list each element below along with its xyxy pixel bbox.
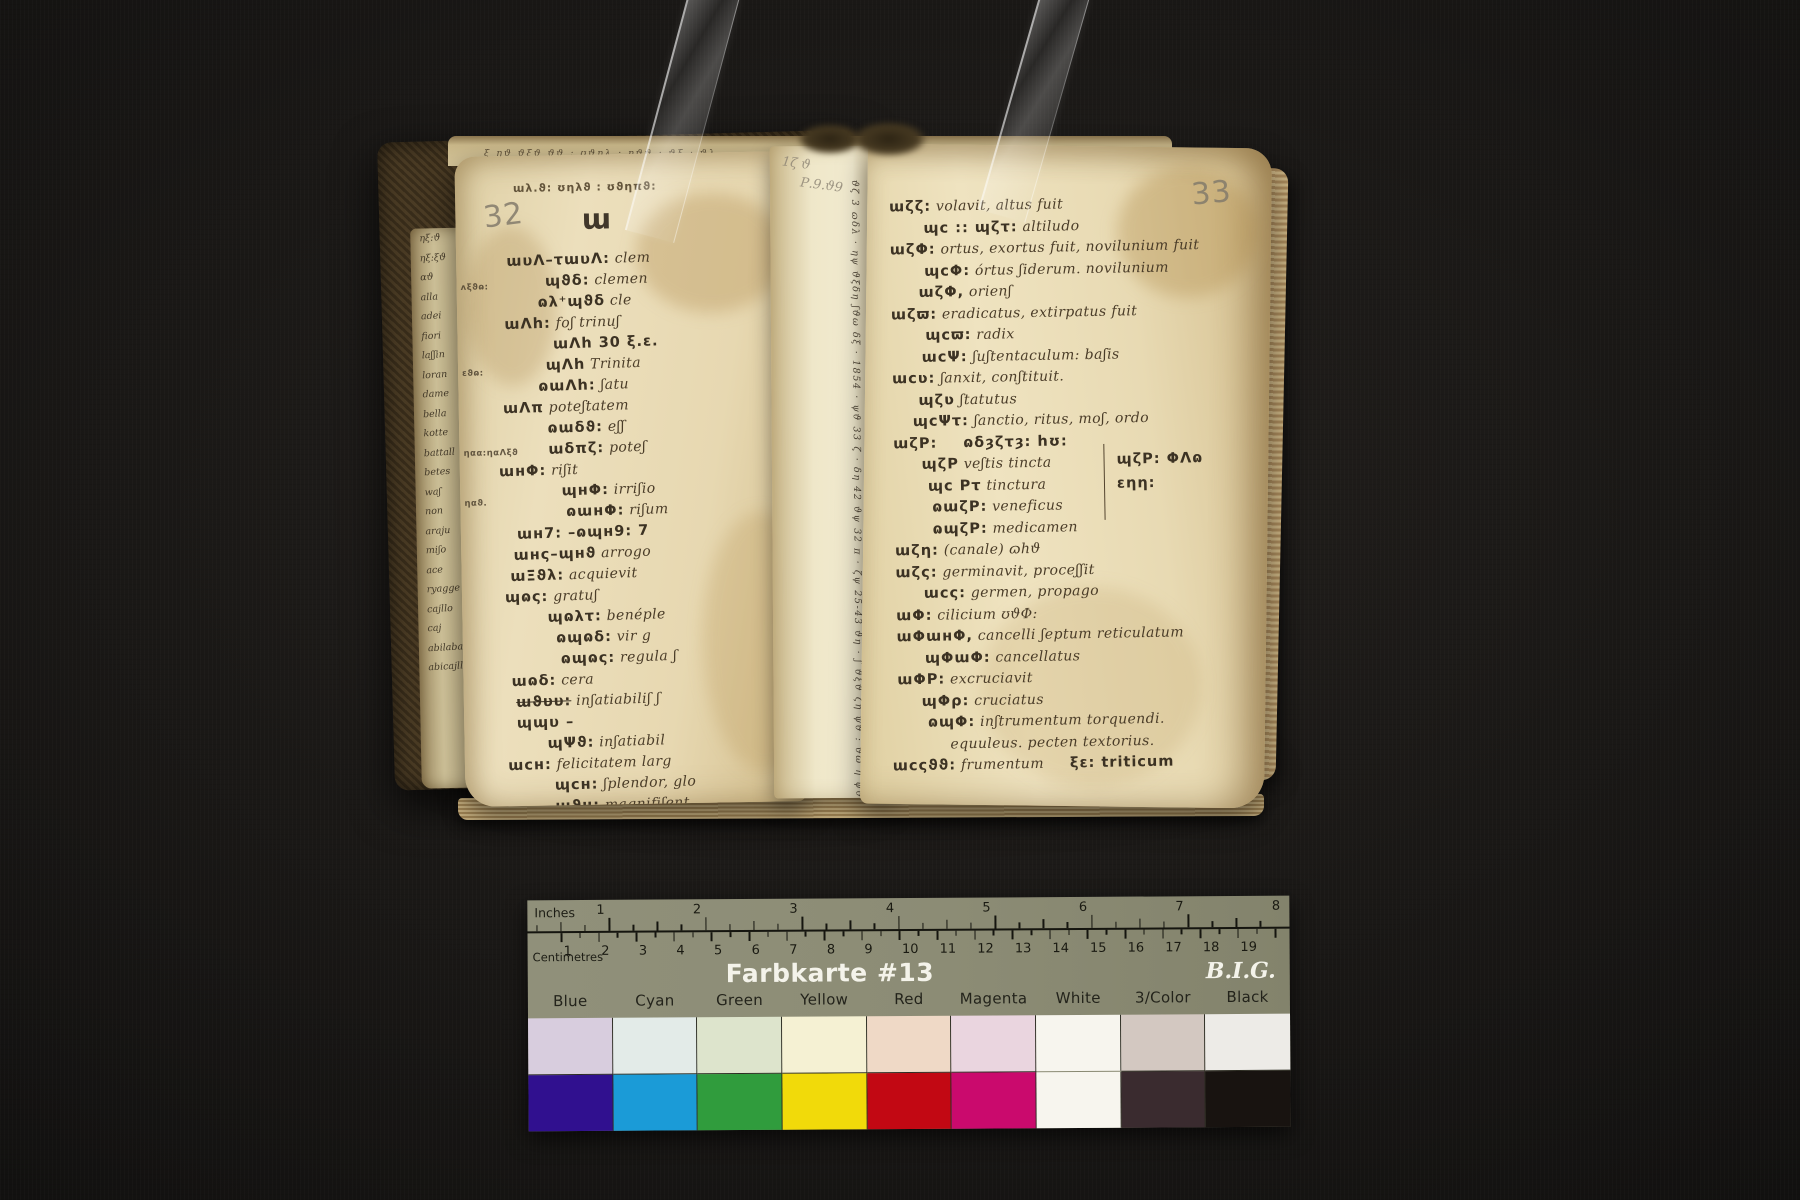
cm-number: 2	[601, 944, 609, 959]
inch-tick	[1115, 922, 1117, 928]
cm-tick	[1124, 930, 1126, 939]
entry-gloss: inʃtrumentum torquendi.	[975, 711, 1165, 730]
entry-gloss: ʃanxit, conʃtituit.	[935, 368, 1064, 386]
swatch-label: Green	[697, 991, 782, 1018]
entry-gloss: germinavit, proceʃʃit	[937, 561, 1094, 580]
cm-tick	[561, 933, 563, 942]
card-title-row: Farbkarte #13 B.I.G.	[528, 962, 1290, 993]
cm-tick	[1068, 930, 1070, 935]
cm-tick	[730, 932, 732, 937]
inch-tick	[753, 921, 755, 930]
entry-gloss: veneficus	[987, 497, 1063, 514]
entry-gloss: tinctura	[981, 476, 1046, 493]
entry-headword: ɯζς:	[895, 564, 937, 581]
entry-headword: ɰΦɯΦ:	[925, 649, 991, 666]
cm-tick	[1162, 929, 1164, 938]
color-swatch	[528, 1075, 613, 1132]
inch-tick	[681, 924, 683, 930]
inch-tick	[801, 917, 803, 930]
right-page-box-note: ɰζΡ: ΦΛɷ εηη:	[1103, 442, 1204, 520]
section-letter: ɯ	[455, 200, 738, 238]
inch-tick	[608, 918, 610, 931]
box-note-line: ɰζΡ: ΦΛɷ	[1116, 450, 1203, 468]
entry-headword: ɷɰɷδ:	[556, 629, 612, 647]
entry-headword: ɯΛh 30 ξ.ε.	[553, 333, 659, 352]
entry-headword: ɯυΛ–τɯυΛ:	[506, 251, 610, 270]
entry-headword: ɷλ⁺ɰϑδ	[537, 293, 605, 311]
inch-number: 6	[1079, 900, 1087, 915]
inch-tick	[584, 925, 586, 931]
entry-gloss: altiludo	[1017, 218, 1079, 235]
entry-headword: ɰϑδ:	[545, 272, 590, 289]
ruler: Inches Centimetres 12345678 123456789101…	[527, 896, 1289, 967]
inch-tick	[1187, 914, 1189, 927]
entry-headword: ɰζΡ	[921, 456, 959, 473]
cm-tick	[1143, 930, 1145, 935]
entry-extra: ξε: triticum	[1070, 754, 1175, 772]
entry-headword: ɯζζ:	[889, 199, 931, 216]
entry-headword: ɯϲΨ:	[922, 349, 968, 366]
color-swatch	[1036, 1015, 1121, 1072]
color-swatch	[782, 1073, 867, 1130]
entry-gloss: arrogo	[596, 544, 651, 562]
inch-tick	[560, 922, 562, 931]
inch-number: 4	[886, 901, 894, 916]
entry-headword: ɷɰΦ:	[928, 714, 975, 731]
cm-tick	[1237, 929, 1239, 938]
cm-number: 15	[1090, 941, 1107, 956]
ruler-baseline	[527, 927, 1289, 934]
entry-headword: ɰɰυ –	[517, 714, 575, 732]
cm-tick	[805, 932, 807, 937]
entry-headword: ɰϲϖ:	[925, 327, 971, 344]
entry-gloss: frumentum	[956, 756, 1044, 774]
entry-headword: ɯʜΦ:	[499, 463, 547, 480]
cm-tick	[955, 931, 957, 936]
swatch-row-tints	[528, 1014, 1290, 1076]
cm-tick	[767, 932, 769, 937]
entry-headword: ɷɰɷς:	[561, 650, 616, 668]
entry-gloss: foʃ trinuʃ	[551, 313, 621, 331]
cm-tick	[1012, 930, 1014, 939]
inch-tick	[536, 925, 538, 931]
inch-tick	[1067, 922, 1069, 928]
color-swatch	[613, 1074, 698, 1131]
entry-gloss: ʃuʃtentaculum: baʃis	[967, 346, 1119, 365]
inch-tick	[657, 922, 659, 931]
entry-headword: ɷɯζΡ:	[932, 499, 987, 516]
entry-gloss: acquievit	[564, 565, 638, 583]
color-swatch	[782, 1016, 867, 1074]
entry-gloss: (canale) ɷhϑ	[939, 541, 1041, 559]
entry-headword: ɰζʋ	[918, 392, 955, 409]
entry-headword: ɰɷλτ:	[547, 608, 602, 626]
color-calibration-card: Inches Centimetres 12345678 123456789101…	[527, 896, 1290, 1132]
inch-number: 3	[789, 902, 797, 917]
inch-tick	[1212, 921, 1214, 927]
cm-tick	[598, 933, 600, 942]
color-swatch	[613, 1017, 698, 1075]
entry-gloss: ortus, exortus fuit, novilunium fuit	[936, 237, 1200, 258]
box-note-line: εηη:	[1117, 475, 1156, 492]
cm-tick	[918, 931, 920, 936]
cm-tick	[748, 932, 750, 941]
entry-headword: ɷɯδϑ:	[547, 419, 603, 437]
entry-gloss: eradicatus, extirpatus fuit	[937, 303, 1137, 322]
inch-number: 5	[982, 900, 990, 915]
entry-headword: ɯζϖ:	[891, 306, 937, 323]
entry-gloss: vir g	[612, 628, 652, 645]
entry-headword: ɯΦɯʜΦ,	[896, 628, 973, 645]
entry-headword: ɯΛh:	[504, 316, 551, 333]
right-page-entries: ɯζζ: volavit, altus fuitɰϲ :: ɰζτ: altil…	[889, 189, 1271, 776]
color-swatch	[1121, 1071, 1206, 1128]
entry-gloss: gratuʃ	[548, 587, 598, 605]
cm-tick	[842, 931, 844, 936]
cm-tick	[1106, 930, 1108, 935]
entry-gloss: equuleus. pecten textorius.	[950, 732, 1154, 752]
entry-gloss: poteʃtatem	[544, 397, 630, 416]
entry-gloss: cera	[556, 671, 594, 688]
entry-headword: ɯϲʋ:	[892, 371, 935, 388]
cm-tick	[1181, 929, 1183, 934]
entry-gloss: riʃum	[624, 501, 669, 518]
cm-number: 12	[977, 941, 994, 956]
entry-gloss: cilicium ʊϑΦ:	[932, 605, 1038, 623]
entry-headword: ɰϲΦ:	[924, 263, 970, 280]
entry-gloss: ʃtatutus	[955, 391, 1018, 408]
swatch-label: Yellow	[782, 990, 867, 1017]
color-swatch	[528, 1018, 613, 1076]
cm-tick	[786, 932, 788, 941]
inch-number: 7	[1175, 899, 1183, 914]
entry-headword: ɰΛh	[545, 357, 585, 374]
inch-scale: 12345678	[527, 896, 1289, 901]
swatch-label: Blue	[528, 992, 613, 1019]
headband-tuft	[852, 122, 926, 156]
cm-number: 6	[752, 943, 760, 958]
swatch-row-solids	[528, 1071, 1290, 1132]
cm-number: 18	[1203, 940, 1220, 955]
cm-tick	[1030, 930, 1032, 935]
inch-tick	[1139, 919, 1141, 928]
entry-headword: ɰϲΨτ:	[913, 413, 969, 430]
inch-number: 8	[1272, 899, 1280, 914]
cm-tick	[936, 931, 938, 940]
cm-number: 1	[564, 944, 572, 959]
cm-number: 16	[1128, 941, 1145, 956]
entry-gloss: ʃanctio, ritus, moʃ, ordo	[969, 410, 1149, 429]
inch-tick	[1019, 922, 1021, 928]
entry-headword: ɯζΡ:	[893, 435, 937, 452]
swatch-label: White	[1036, 989, 1121, 1016]
cm-number: 17	[1165, 940, 1182, 955]
inch-tick	[826, 923, 828, 929]
entry-gloss: poteʃ	[604, 439, 646, 456]
inch-tick	[898, 916, 900, 929]
cm-tick	[1256, 929, 1258, 934]
inch-tick	[1043, 919, 1045, 928]
cm-tick	[655, 933, 657, 938]
inch-tick	[994, 915, 996, 928]
entry-headword: ɯΦ:	[896, 607, 933, 624]
entry-gloss: clem	[610, 250, 651, 267]
entry-headword: ɰϲ Ρτ	[928, 477, 982, 494]
entry-headword: ɷɰζΡ:	[933, 520, 988, 537]
entry-gloss: clemen	[589, 271, 648, 289]
color-swatch	[951, 1015, 1036, 1073]
cm-number: 8	[827, 942, 835, 957]
card-brand: B.I.G.	[1206, 958, 1276, 984]
cm-number: 3	[639, 944, 647, 959]
swatch-label: Black	[1205, 988, 1290, 1015]
entry-headword: ɰϲʜ:	[555, 776, 599, 793]
entry-gloss: germen, propago	[966, 583, 1099, 601]
cm-tick	[993, 930, 995, 935]
inch-tick	[729, 924, 731, 930]
cm-tick	[824, 932, 826, 941]
entry-gloss: orienʃ	[964, 283, 1012, 300]
right-page: 33 ɯζζ: volavit, altus fuitɰϲ :: ɰζτ: al…	[860, 144, 1272, 809]
color-swatch	[697, 1017, 782, 1075]
cm-number: 7	[789, 943, 797, 958]
entry-headword: ɯϲʜ:	[508, 757, 552, 774]
inch-tick	[633, 925, 635, 931]
cm-tick	[861, 931, 863, 940]
entry-gloss: cancelli ʃeptum reticulatum	[973, 624, 1184, 644]
entry-gloss: regula ʃ	[615, 648, 678, 666]
entry-headword: ɯɷδ:	[511, 673, 556, 690]
inch-tick	[850, 920, 852, 929]
entry-gloss: cruciatus	[969, 691, 1044, 708]
cm-tick	[711, 932, 713, 941]
entry-headword: ɯζΦ,	[918, 284, 964, 301]
cm-tick	[880, 931, 882, 936]
left-page-entries: ɯυΛ–τɯυΛ: clemɰϑδ: clemenɷλ⁺ɰϑδ cleɯΛh: …	[492, 241, 806, 807]
entry-gloss: benéple	[602, 606, 666, 624]
entry-headword: ɷɯΛh:	[538, 377, 596, 395]
cm-tick	[692, 932, 694, 937]
entry-gloss: cancellatus	[990, 648, 1080, 666]
color-swatch	[867, 1016, 952, 1074]
inch-tick	[1260, 921, 1262, 927]
inch-tick	[946, 920, 948, 929]
cm-number: 14	[1052, 941, 1069, 956]
entry-gloss: radix	[971, 326, 1015, 343]
entry-gloss: inʃatiabiliʃ ʃ	[571, 690, 660, 709]
entry-headword: ɰΦρ:	[922, 693, 970, 710]
inch-tick	[1163, 921, 1165, 927]
strip-pencil-note: Ρ.9.ϑ9	[799, 175, 843, 196]
color-swatch	[1206, 1071, 1291, 1128]
entry-gloss: medicamen	[988, 519, 1078, 537]
entry-headword: ɰɷς:	[505, 589, 549, 606]
entry-headword: ɯζΦ:	[890, 242, 936, 259]
color-swatch	[867, 1073, 952, 1130]
entry-gloss: inʃatiabil	[594, 732, 665, 750]
entry-headword: ɯΦΡ:	[897, 672, 945, 689]
entry-headword: ɯΞϑλ:	[510, 567, 564, 585]
color-swatch	[952, 1072, 1037, 1129]
strip-pencil-note: 1ζ ϑ	[781, 154, 811, 173]
photo-scene: ξ ηϑ ϑξϑ ϑϑ : ʊϑηλ : ηϑϑ : ϑξ : ϑλ ηξ:ϑη…	[0, 0, 1800, 1200]
color-swatch	[698, 1074, 783, 1131]
inch-tick	[970, 923, 972, 929]
entry-gloss: riʃit	[546, 462, 578, 479]
entry-gloss: ʃplendor, glo	[598, 773, 696, 792]
cm-tick	[899, 931, 901, 940]
inch-tick	[874, 923, 876, 929]
left-page: ɯλ.ϑ: ʊηλϑ : ʊϑηπϑ: 32 ɯ ʌξϑɷ:εϑɷ:ηαα:ηα…	[454, 151, 807, 807]
cm-number: 4	[676, 943, 684, 958]
entry-headword: ɯΛπ	[503, 400, 544, 417]
entry-headword: ɯʜς–ɰʜϑ	[513, 545, 596, 564]
card-title: Farbkarte #13	[726, 958, 935, 988]
cm-tick	[673, 932, 675, 941]
cm-number: 19	[1240, 940, 1257, 955]
cm-number: 5	[714, 943, 722, 958]
entry-gloss: Trinita	[585, 355, 641, 373]
entry-headword: ɷɯʜΦ:	[566, 502, 625, 520]
color-swatch	[1205, 1014, 1290, 1072]
swatch-label: Magenta	[951, 989, 1036, 1016]
color-swatch	[1121, 1014, 1206, 1072]
entry-headword: ɰϲ :: ɰζτ:	[923, 219, 1017, 237]
swatch-label: Cyan	[613, 991, 698, 1018]
entry-gloss: cle	[605, 292, 632, 309]
entry-headword: ɯδπζ:	[548, 440, 604, 458]
entry-gloss: veʃtis tincta	[959, 455, 1052, 473]
cm-tick	[1218, 929, 1220, 934]
entry-headword: ɯϲς:	[924, 585, 966, 602]
entry-headword: ɯϑυυ:	[516, 693, 572, 711]
entry-gloss: órtus ʃiderum. novilunium	[970, 259, 1169, 278]
cm-number: 9	[864, 942, 872, 957]
entry-headword: ɯζη:	[895, 543, 939, 560]
entry-gloss: irriʃio	[609, 480, 656, 497]
inch-tick	[922, 923, 924, 929]
cm-tick	[1275, 929, 1277, 938]
color-swatch	[1036, 1072, 1121, 1129]
entry-gloss: ʃatu	[595, 376, 629, 393]
swatch-label: Red	[867, 990, 952, 1017]
cm-tick	[579, 933, 581, 938]
inch-number: 2	[693, 902, 701, 917]
swatch-label: 3/Color	[1121, 988, 1206, 1015]
inch-tick	[1236, 918, 1238, 927]
entry-headword: ɰΨϑ:	[547, 735, 594, 752]
entry-gloss: eʃʃ	[603, 418, 625, 435]
cm-number: 13	[1015, 941, 1032, 956]
entry-headword: ɰʜΦ:	[561, 482, 609, 499]
entry-gloss: excruciavit	[945, 670, 1033, 688]
inch-tick	[777, 924, 779, 930]
inch-number: 1	[596, 903, 604, 918]
cm-tick	[1087, 930, 1089, 939]
entry-extra: ɷδȝζτȝ: hʊ:	[963, 433, 1068, 451]
cm-tick	[1049, 930, 1051, 939]
inch-tick	[1091, 915, 1093, 928]
entry-headword: ɯϲςϑϑ:	[893, 757, 957, 774]
cm-tick	[1200, 929, 1202, 938]
cm-number: 11	[940, 942, 957, 957]
inch-tick	[705, 917, 707, 930]
cm-tick	[617, 933, 619, 938]
cm-tick	[974, 931, 976, 940]
inches-label: Inches	[534, 905, 575, 920]
cm-number: 10	[902, 942, 919, 957]
cm-tick	[636, 933, 638, 942]
dictionary-entry-line: ɯϲςϑϑ: frumentumξε: triticum	[893, 748, 1271, 776]
